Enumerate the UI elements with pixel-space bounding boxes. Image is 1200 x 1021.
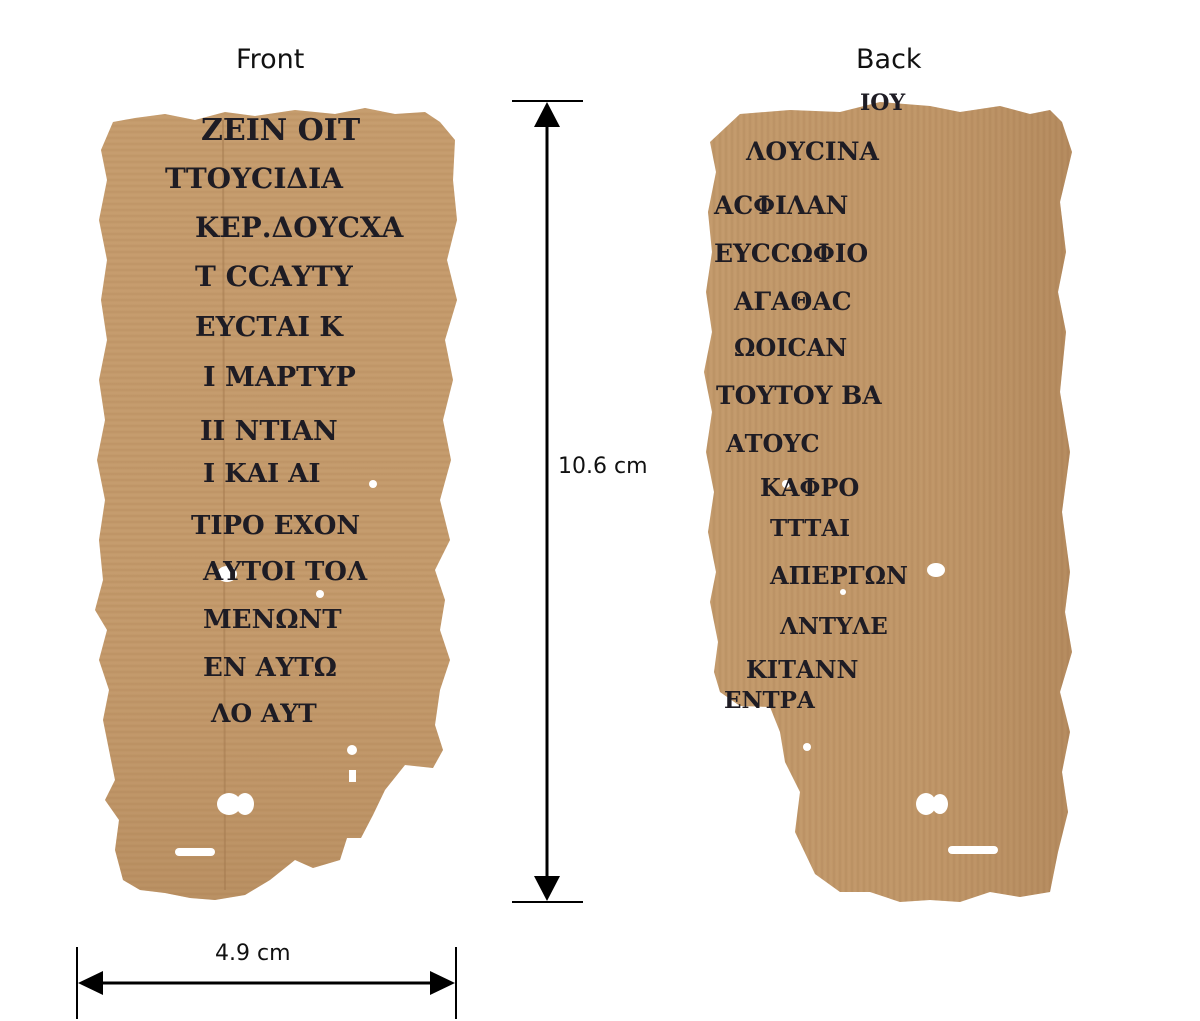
svg-text:ΑΠΕΡΓΩΝ: ΑΠΕΡΓΩΝ bbox=[769, 561, 908, 590]
svg-text:ΤΤΟΥCΙΔΙΑ: ΤΤΟΥCΙΔΙΑ bbox=[165, 162, 344, 195]
svg-text:ΙΟΥ: ΙΟΥ bbox=[860, 92, 905, 116]
svg-text:ΚΑΦΡΟ: ΚΑΦΡΟ bbox=[760, 473, 859, 502]
papyrus-back-image: ΙΟΥ ΛΟΥCΙΝΑ ΑCΦΙΛΑΝ ΕΥCCΩΦΙΟ ΑΓΑΘΑC ΩΟΙC… bbox=[700, 92, 1085, 907]
height-dimension-arrow bbox=[510, 99, 585, 905]
front-title: Front bbox=[236, 44, 304, 75]
svg-text:ΕΝΤΡΑ: ΕΝΤΡΑ bbox=[724, 687, 816, 714]
width-dimension-label: 4.9 cm bbox=[215, 941, 291, 966]
svg-text:ΑΤΟΥC: ΑΤΟΥC bbox=[725, 429, 820, 458]
svg-text:ΛΟΥCΙΝΑ: ΛΟΥCΙΝΑ bbox=[745, 137, 879, 166]
svg-text:ΑΥΤΟΙ ΤΟΛ: ΑΥΤΟΙ ΤΟΛ bbox=[202, 557, 368, 587]
svg-text:ΕΝ ΑΥΤΩ: ΕΝ ΑΥΤΩ bbox=[203, 653, 337, 683]
height-dimension-label: 10.6 cm bbox=[558, 454, 648, 479]
svg-text:ΕΥCΤΑΙ Κ: ΕΥCΤΑΙ Κ bbox=[195, 312, 344, 343]
svg-text:Ι ΚΑΙ ΑΙ: Ι ΚΑΙ ΑΙ bbox=[203, 459, 321, 489]
svg-text:ΛΝΤΥΛΕ: ΛΝΤΥΛΕ bbox=[779, 613, 888, 640]
svg-text:Τ CCΑΥΤΥ: Τ CCΑΥΤΥ bbox=[195, 260, 354, 293]
svg-text:ΜΕΝΩΝΤ: ΜΕΝΩΝΤ bbox=[203, 605, 342, 635]
svg-text:ΚΙΤΑΝΝ: ΚΙΤΑΝΝ bbox=[746, 655, 858, 684]
svg-text:ΤΙΡΟ ΕΧΟΝ: ΤΙΡΟ ΕΧΟΝ bbox=[191, 511, 360, 541]
svg-text:ΑΓΑΘΑC: ΑΓΑΘΑC bbox=[733, 287, 852, 316]
back-title: Back bbox=[856, 44, 922, 75]
svg-text:ΤΤΤΑΙ: ΤΤΤΑΙ bbox=[770, 515, 850, 542]
svg-text:ΩΟΙCΑΝ: ΩΟΙCΑΝ bbox=[734, 333, 847, 362]
svg-text:Ι ΜΑΡΤΥΡ: Ι ΜΑΡΤΥΡ bbox=[203, 362, 356, 393]
svg-text:ΖΕΙΝ ΟΙΤ: ΖΕΙΝ ΟΙΤ bbox=[201, 113, 361, 148]
svg-text:ΚΕΡ.ΔΟΥCΧΑ: ΚΕΡ.ΔΟΥCΧΑ bbox=[195, 211, 405, 244]
papyrus-front-image: ΖΕΙΝ ΟΙΤ ΤΤΟΥCΙΔΙΑ ΚΕΡ.ΔΟΥCΧΑ Τ CCΑΥΤΥ Ε… bbox=[95, 100, 465, 910]
svg-text:ΙΙ ΝΤΙΑΝ: ΙΙ ΝΤΙΑΝ bbox=[200, 416, 338, 447]
svg-text:ΤΟΥΤΟΥ ΒΑ: ΤΟΥΤΟΥ ΒΑ bbox=[716, 381, 882, 410]
svg-text:ΕΥCCΩΦΙΟ: ΕΥCCΩΦΙΟ bbox=[714, 239, 868, 268]
svg-text:ΛΟ ΑΥΤ: ΛΟ ΑΥΤ bbox=[210, 699, 317, 728]
svg-text:ΑCΦΙΛΑΝ: ΑCΦΙΛΑΝ bbox=[713, 191, 848, 220]
